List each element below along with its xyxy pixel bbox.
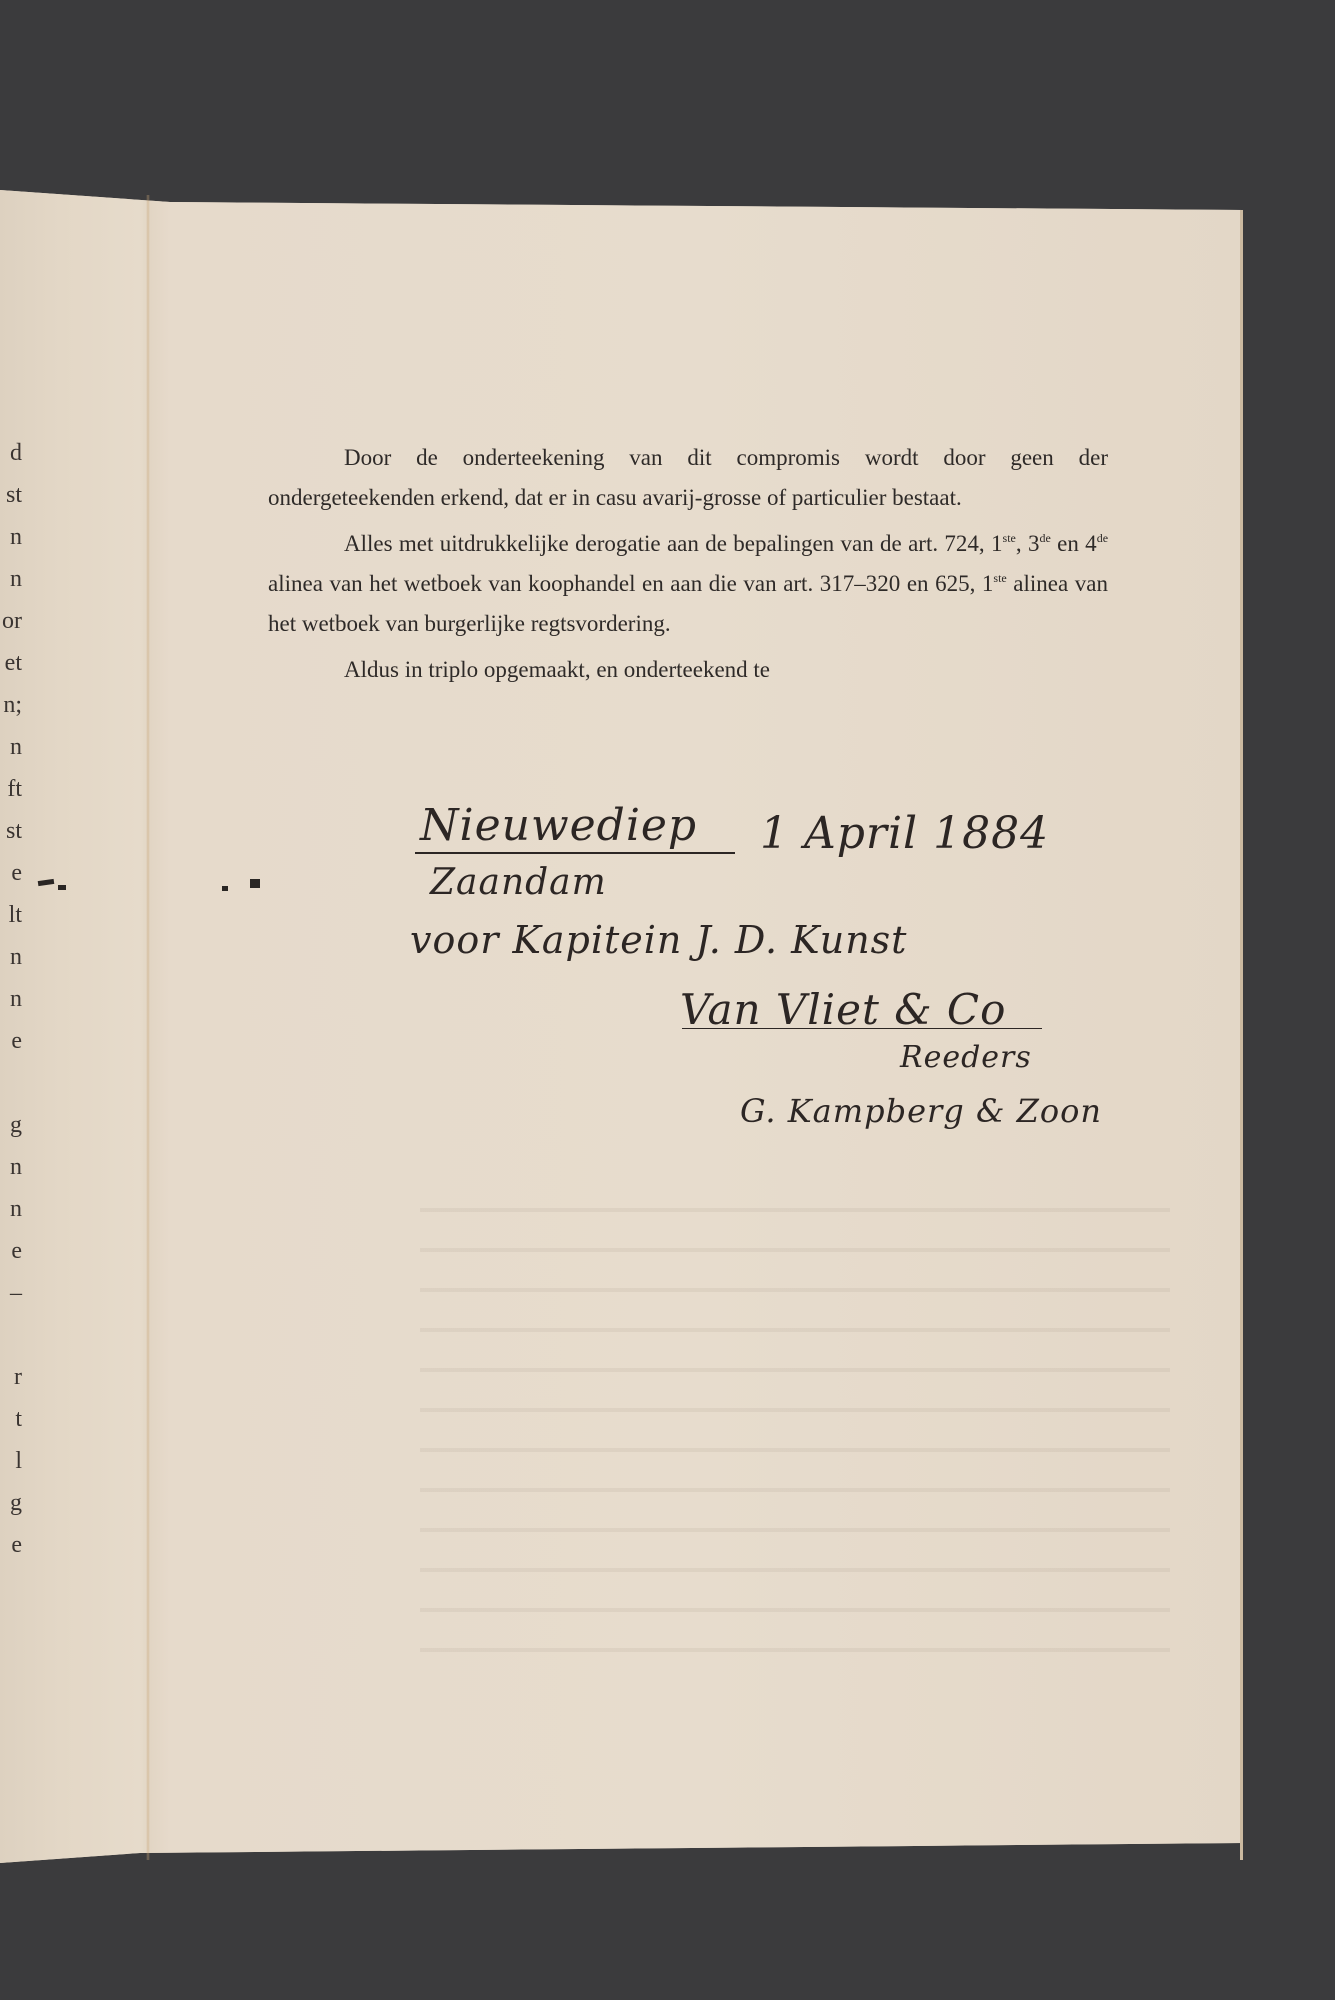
margin-letter: n (0, 1188, 22, 1230)
superscript: de (1097, 531, 1108, 545)
paragraph-1: Door de onderteekening van dit compromis… (268, 438, 1108, 518)
margin-letter: et (0, 642, 22, 684)
margin-letter: n (0, 726, 22, 768)
show-through-text (420, 1180, 1170, 1680)
margin-letter: ft (0, 768, 22, 810)
paper-damage (250, 879, 260, 888)
margin-letter: lt (0, 894, 22, 936)
handwritten-signature: G. Kampberg & Zoon (740, 1092, 1102, 1130)
margin-letter: t (0, 1398, 22, 1440)
margin-letter: e (0, 1524, 22, 1566)
margin-letter: g (0, 1104, 22, 1146)
superscript: de (1039, 531, 1050, 545)
page-edge (1240, 210, 1243, 1860)
margin-letter: st (0, 474, 22, 516)
document-body: Door de onderteekening van dit compromis… (268, 438, 1108, 690)
margin-letter: e (0, 1020, 22, 1062)
margin-letter: n (0, 936, 22, 978)
handwritten-place-2: Zaandam (430, 862, 607, 903)
margin-letter: e (0, 852, 22, 894)
handwritten-underline (682, 1028, 1042, 1029)
margin-letter: e (0, 1230, 22, 1272)
margin-letter: – (0, 1272, 22, 1314)
handwritten-date: 1 April 1884 (760, 808, 1049, 859)
handwritten-captain-line: voor Kapitein J. D. Kunst (410, 918, 907, 962)
paragraph-3: Aldus in triplo opgemaakt, en onderteeke… (268, 650, 1108, 690)
text-run: Alles met uitdrukkelijke derogatie aan d… (344, 531, 1003, 556)
handwritten-firm: Van Vliet & Co (680, 985, 1006, 1034)
margin-letter: d (0, 432, 22, 474)
margin-letter (0, 1314, 22, 1356)
page-fold (146, 195, 150, 1860)
text-run: en 4 (1051, 531, 1097, 556)
margin-letter: l (0, 1440, 22, 1482)
margin-letter: n (0, 1146, 22, 1188)
margin-letter: g (0, 1482, 22, 1524)
paragraph-2: Alles met uitdrukkelijke derogatie aan d… (268, 524, 1108, 644)
paper-damage (222, 886, 228, 891)
margin-letter: n (0, 558, 22, 600)
margin-letter: r (0, 1356, 22, 1398)
left-page-text-fragments: d st n n or et n; n ft st e lt n n e g n… (0, 432, 22, 1566)
text-run: alinea van het wetboek van koophandel en… (268, 571, 993, 596)
margin-letter: or (0, 600, 22, 642)
margin-letter (0, 1062, 22, 1104)
handwritten-place: Nieuwediep (420, 800, 697, 851)
margin-letter: n; (0, 684, 22, 726)
paper-damage (58, 885, 66, 890)
superscript: ste (1003, 531, 1016, 545)
margin-letter: n (0, 516, 22, 558)
handwritten-underline (415, 852, 735, 854)
superscript: ste (993, 571, 1006, 585)
margin-letter: n (0, 978, 22, 1020)
margin-letter: st (0, 810, 22, 852)
text-run: , 3 (1016, 531, 1040, 556)
handwritten-role: Reeders (900, 1040, 1032, 1075)
